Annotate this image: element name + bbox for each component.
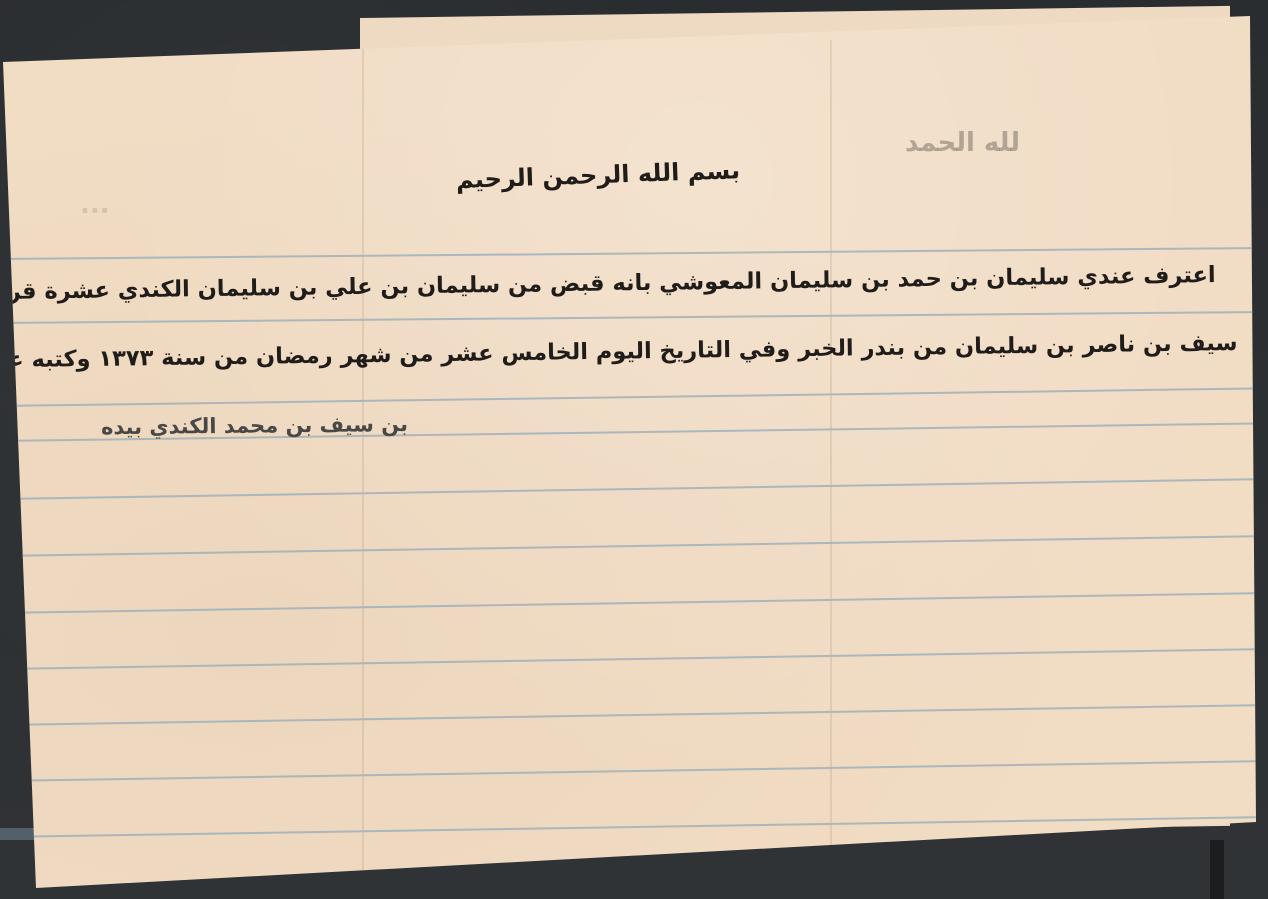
ruled-line xyxy=(0,535,1268,556)
signature-line: بن سيف بن محمد الكندي بيده xyxy=(101,412,408,439)
faint-bleedthrough-text: ... xyxy=(80,190,110,220)
background-strip xyxy=(1210,840,1224,899)
ruled-line xyxy=(0,760,1268,781)
ruled-line xyxy=(0,311,1268,324)
faint-bleedthrough-text: لله الحمد xyxy=(905,128,1020,158)
ruled-line xyxy=(0,478,1268,499)
fold-line xyxy=(362,40,364,880)
ruled-line xyxy=(0,704,1268,725)
blue-tab-marker xyxy=(0,828,34,840)
receipt-line-1: اعترف عندي سليمان بن حمد بن سليمان المعو… xyxy=(0,262,1216,309)
fold-line xyxy=(830,40,832,880)
receipt-line-2: سيف بن ناصر بن سليمان من بندر الخبر وفي … xyxy=(0,330,1238,374)
basmala-heading: بسم الله الرحمن الرحيم xyxy=(520,156,741,192)
ruled-line xyxy=(0,387,1268,406)
ruled-line xyxy=(0,247,1268,260)
ruled-line xyxy=(0,648,1268,669)
ruled-line xyxy=(0,592,1268,613)
paper-sheet: لله الحمد ... بسم الله الرحمن الرحيم اعت… xyxy=(0,0,1268,899)
